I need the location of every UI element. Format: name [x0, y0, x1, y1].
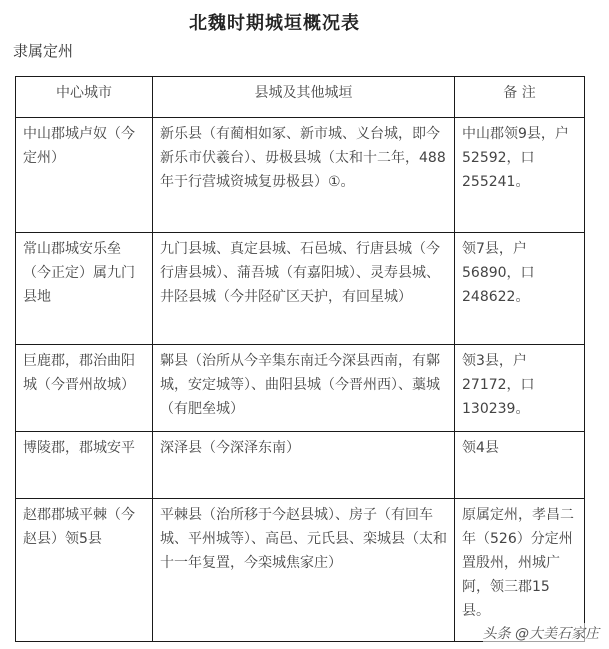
cell-center-city: 常山郡城安乐垒（今正定）属九门县地 — [16, 233, 153, 345]
section-subtitle: 隶属定州 — [13, 40, 73, 61]
cell-notes: 中山郡领9县，户52592，口255241。 — [455, 118, 585, 233]
cell-county-cities: 深泽县（今深泽东南） — [153, 432, 455, 499]
watermark-label: 头条 @大美石家庄 — [483, 623, 599, 643]
cell-notes: 原属定州，孝昌二年（526）分定州置殷州，州城广阿，领三郡15县。 — [455, 499, 585, 642]
table-row: 博陵郡，郡城安平 深泽县（今深泽东南） 领4县 — [16, 432, 585, 499]
table-row: 赵郡郡城平棘（今赵县）领5县 平棘县（治所移于今赵县城）、房子（有回车城、平州城… — [16, 499, 585, 642]
table-header-row: 中心城市 县城及其他城垣 备 注 — [16, 77, 585, 118]
cell-notes: 领3县，户27172，口130239。 — [455, 345, 585, 432]
cell-center-city: 巨鹿郡，郡治曲阳城（今晋州故城） — [16, 345, 153, 432]
cell-county-cities: 九门县城、真定县城、石邑城、行唐县城（今行唐县城）、蒲吾城（有嘉阳城）、灵寿县城… — [153, 233, 455, 345]
cell-county-cities: 新乐县（有蔺相如冢、新市城、义台城，即今新乐市伏羲台）、毋极县城（太和十二年，4… — [153, 118, 455, 233]
city-walls-table: 中心城市 县城及其他城垣 备 注 中山郡城卢奴（今定州） 新乐县（有蔺相如冢、新… — [15, 76, 585, 642]
table-row: 常山郡城安乐垒（今正定）属九门县地 九门县城、真定县城、石邑城、行唐县城（今行唐… — [16, 233, 585, 345]
cell-center-city: 中山郡城卢奴（今定州） — [16, 118, 153, 233]
cell-center-city: 赵郡郡城平棘（今赵县）领5县 — [16, 499, 153, 642]
table-row: 巨鹿郡，郡治曲阳城（今晋州故城） 鄡县（治所从今辛集东南迁今深县西南，有鄡城，安… — [16, 345, 585, 432]
header-center-city: 中心城市 — [16, 77, 153, 118]
cell-center-city: 博陵郡，郡城安平 — [16, 432, 153, 499]
cell-county-cities: 平棘县（治所移于今赵县城）、房子（有回车城、平州城等）、高邑、元氏县、栾城县（太… — [153, 499, 455, 642]
header-county-cities: 县城及其他城垣 — [153, 77, 455, 118]
cell-notes: 领7县，户56890，口248622。 — [455, 233, 585, 345]
cell-notes: 领4县 — [455, 432, 585, 499]
table-row: 中山郡城卢奴（今定州） 新乐县（有蔺相如冢、新市城、义台城，即今新乐市伏羲台）、… — [16, 118, 585, 233]
page-title: 北魏时期城垣概况表 — [0, 9, 609, 35]
header-notes: 备 注 — [455, 77, 585, 118]
cell-county-cities: 鄡县（治所从今辛集东南迁今深县西南，有鄡城，安定城等）、曲阳县城（今晋州西）、藁… — [153, 345, 455, 432]
